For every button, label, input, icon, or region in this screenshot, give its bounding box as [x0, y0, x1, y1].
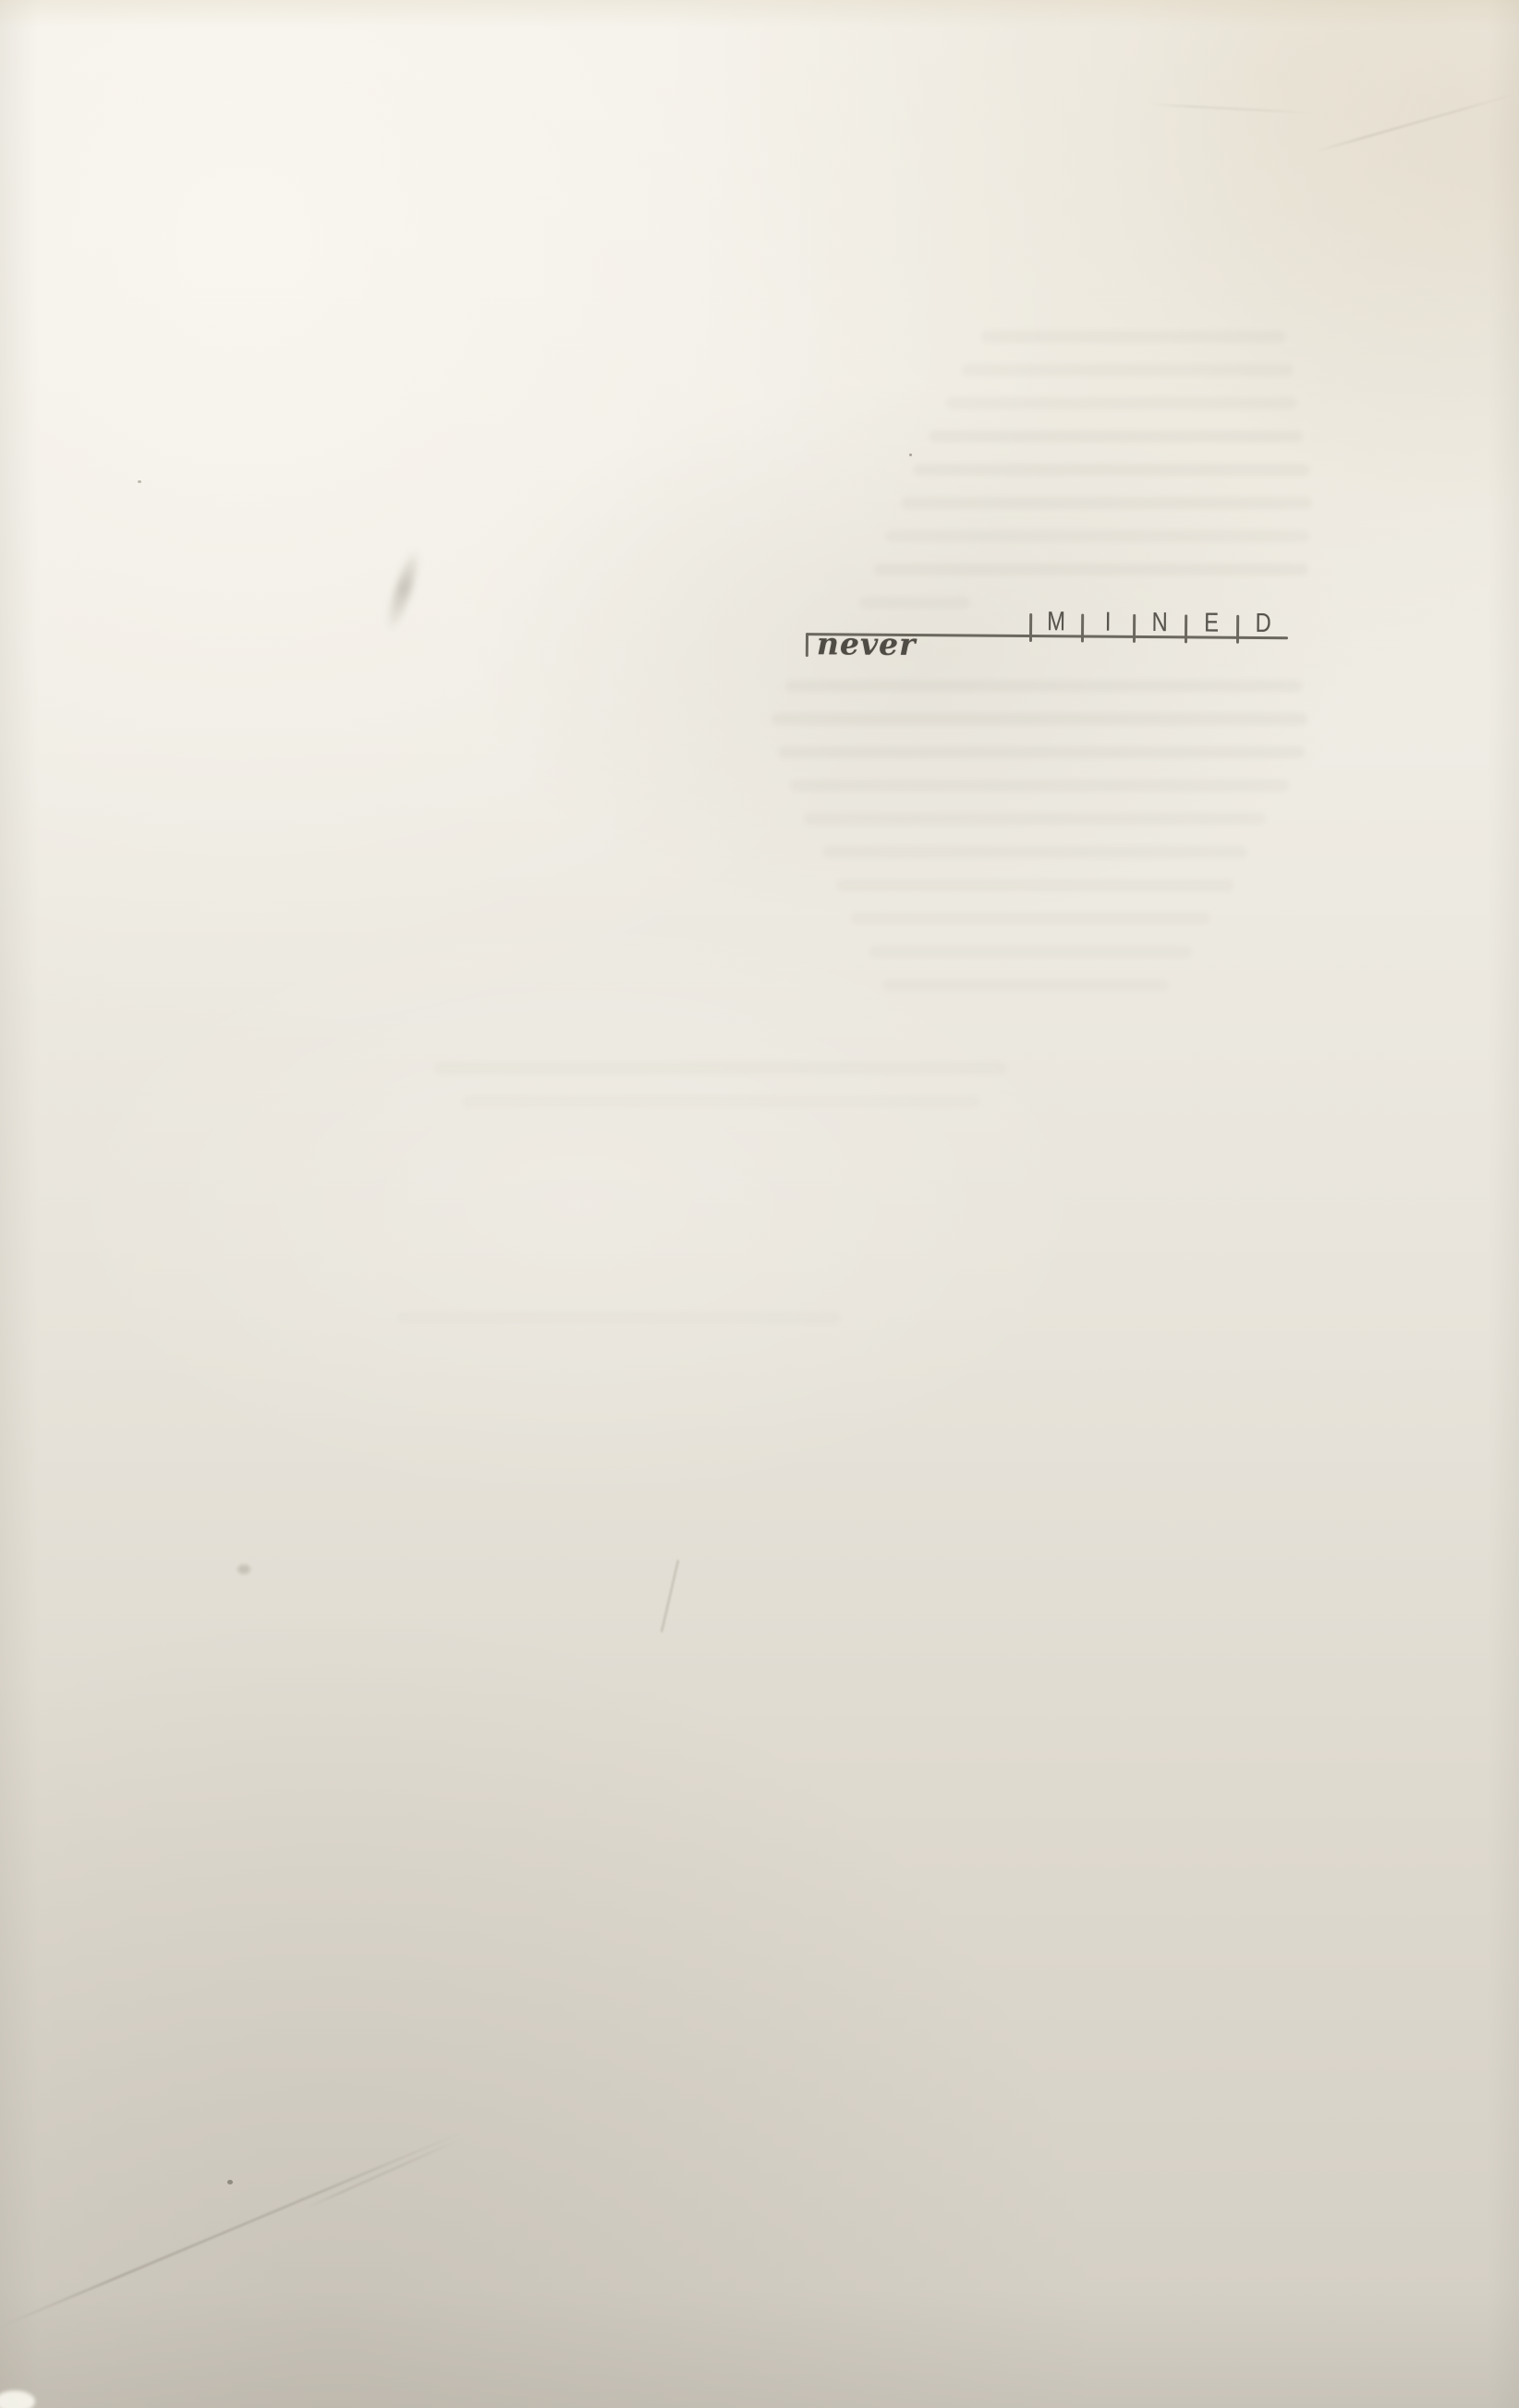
- bleedthrough-line: [929, 430, 1303, 442]
- bleedthrough-line: [961, 364, 1294, 376]
- bleedthrough-line: [850, 913, 1210, 925]
- logo-divider-tick: [1236, 615, 1239, 644]
- bleedthrough-line: [981, 331, 1286, 343]
- paper-speck: [237, 1565, 250, 1574]
- logo-letters-row: M I N E D: [1029, 602, 1291, 647]
- paper-speck: [138, 480, 141, 483]
- logo-divider-tick: [1133, 614, 1136, 643]
- logo-letter: N: [1139, 610, 1181, 636]
- bleedthrough-line: [874, 563, 1308, 575]
- logo-letter: I: [1088, 610, 1129, 636]
- bleedthrough-line: [462, 1095, 979, 1107]
- bleedthrough-line: [772, 713, 1307, 725]
- bleedthrough-line: [804, 813, 1266, 825]
- logo-letter-cell: I: [1081, 602, 1133, 645]
- logo-letter-cell: D: [1236, 604, 1288, 647]
- bleedthrough-line: [882, 979, 1169, 991]
- paper-speck: [909, 454, 912, 456]
- bleedthrough-line: [885, 530, 1310, 542]
- bleedthrough-line: [822, 846, 1247, 858]
- paper-corner-chip: [0, 2390, 35, 2408]
- logo-divider-tick: [1029, 613, 1032, 642]
- bleedthrough-line: [778, 746, 1305, 758]
- never-mined-logo: never M I N E D: [793, 600, 1293, 678]
- logo-letter: E: [1191, 610, 1233, 636]
- logo-divider-tick: [1081, 613, 1084, 642]
- logo-right-end-tick: [1288, 615, 1291, 646]
- logo-letter: D: [1243, 611, 1284, 637]
- logo-letter-cell: M: [1029, 602, 1081, 645]
- paper-crease: [1149, 103, 1316, 114]
- bleedthrough-line: [913, 464, 1310, 476]
- bleedthrough-line: [869, 946, 1192, 958]
- paper-scratch: [661, 1560, 679, 1632]
- bleedthrough-line: [434, 1062, 1007, 1074]
- logo-letter-cell: N: [1133, 603, 1185, 646]
- paper-speck: [227, 2180, 233, 2184]
- bleedthrough-line: [790, 780, 1289, 792]
- logo-letter: M: [1036, 609, 1077, 635]
- photographed-page: never M I N E D: [0, 0, 1519, 2408]
- bleedthrough-line: [946, 397, 1297, 409]
- logo-letter-cell: E: [1185, 603, 1236, 646]
- bleedthrough-line: [397, 1312, 841, 1324]
- paper-crease: [0, 2131, 465, 2328]
- paper-crease: [1312, 93, 1517, 153]
- logo-divider-tick: [1185, 614, 1187, 643]
- logo-left-corner-bracket: [806, 633, 808, 657]
- logo-wordmark-never: never: [817, 628, 917, 659]
- bleedthrough-line: [836, 879, 1233, 891]
- bleedthrough-line: [785, 680, 1303, 692]
- bleedthrough-line: [901, 497, 1312, 509]
- paper-crease: [305, 2140, 457, 2209]
- paper-dent-smudge: [383, 547, 424, 635]
